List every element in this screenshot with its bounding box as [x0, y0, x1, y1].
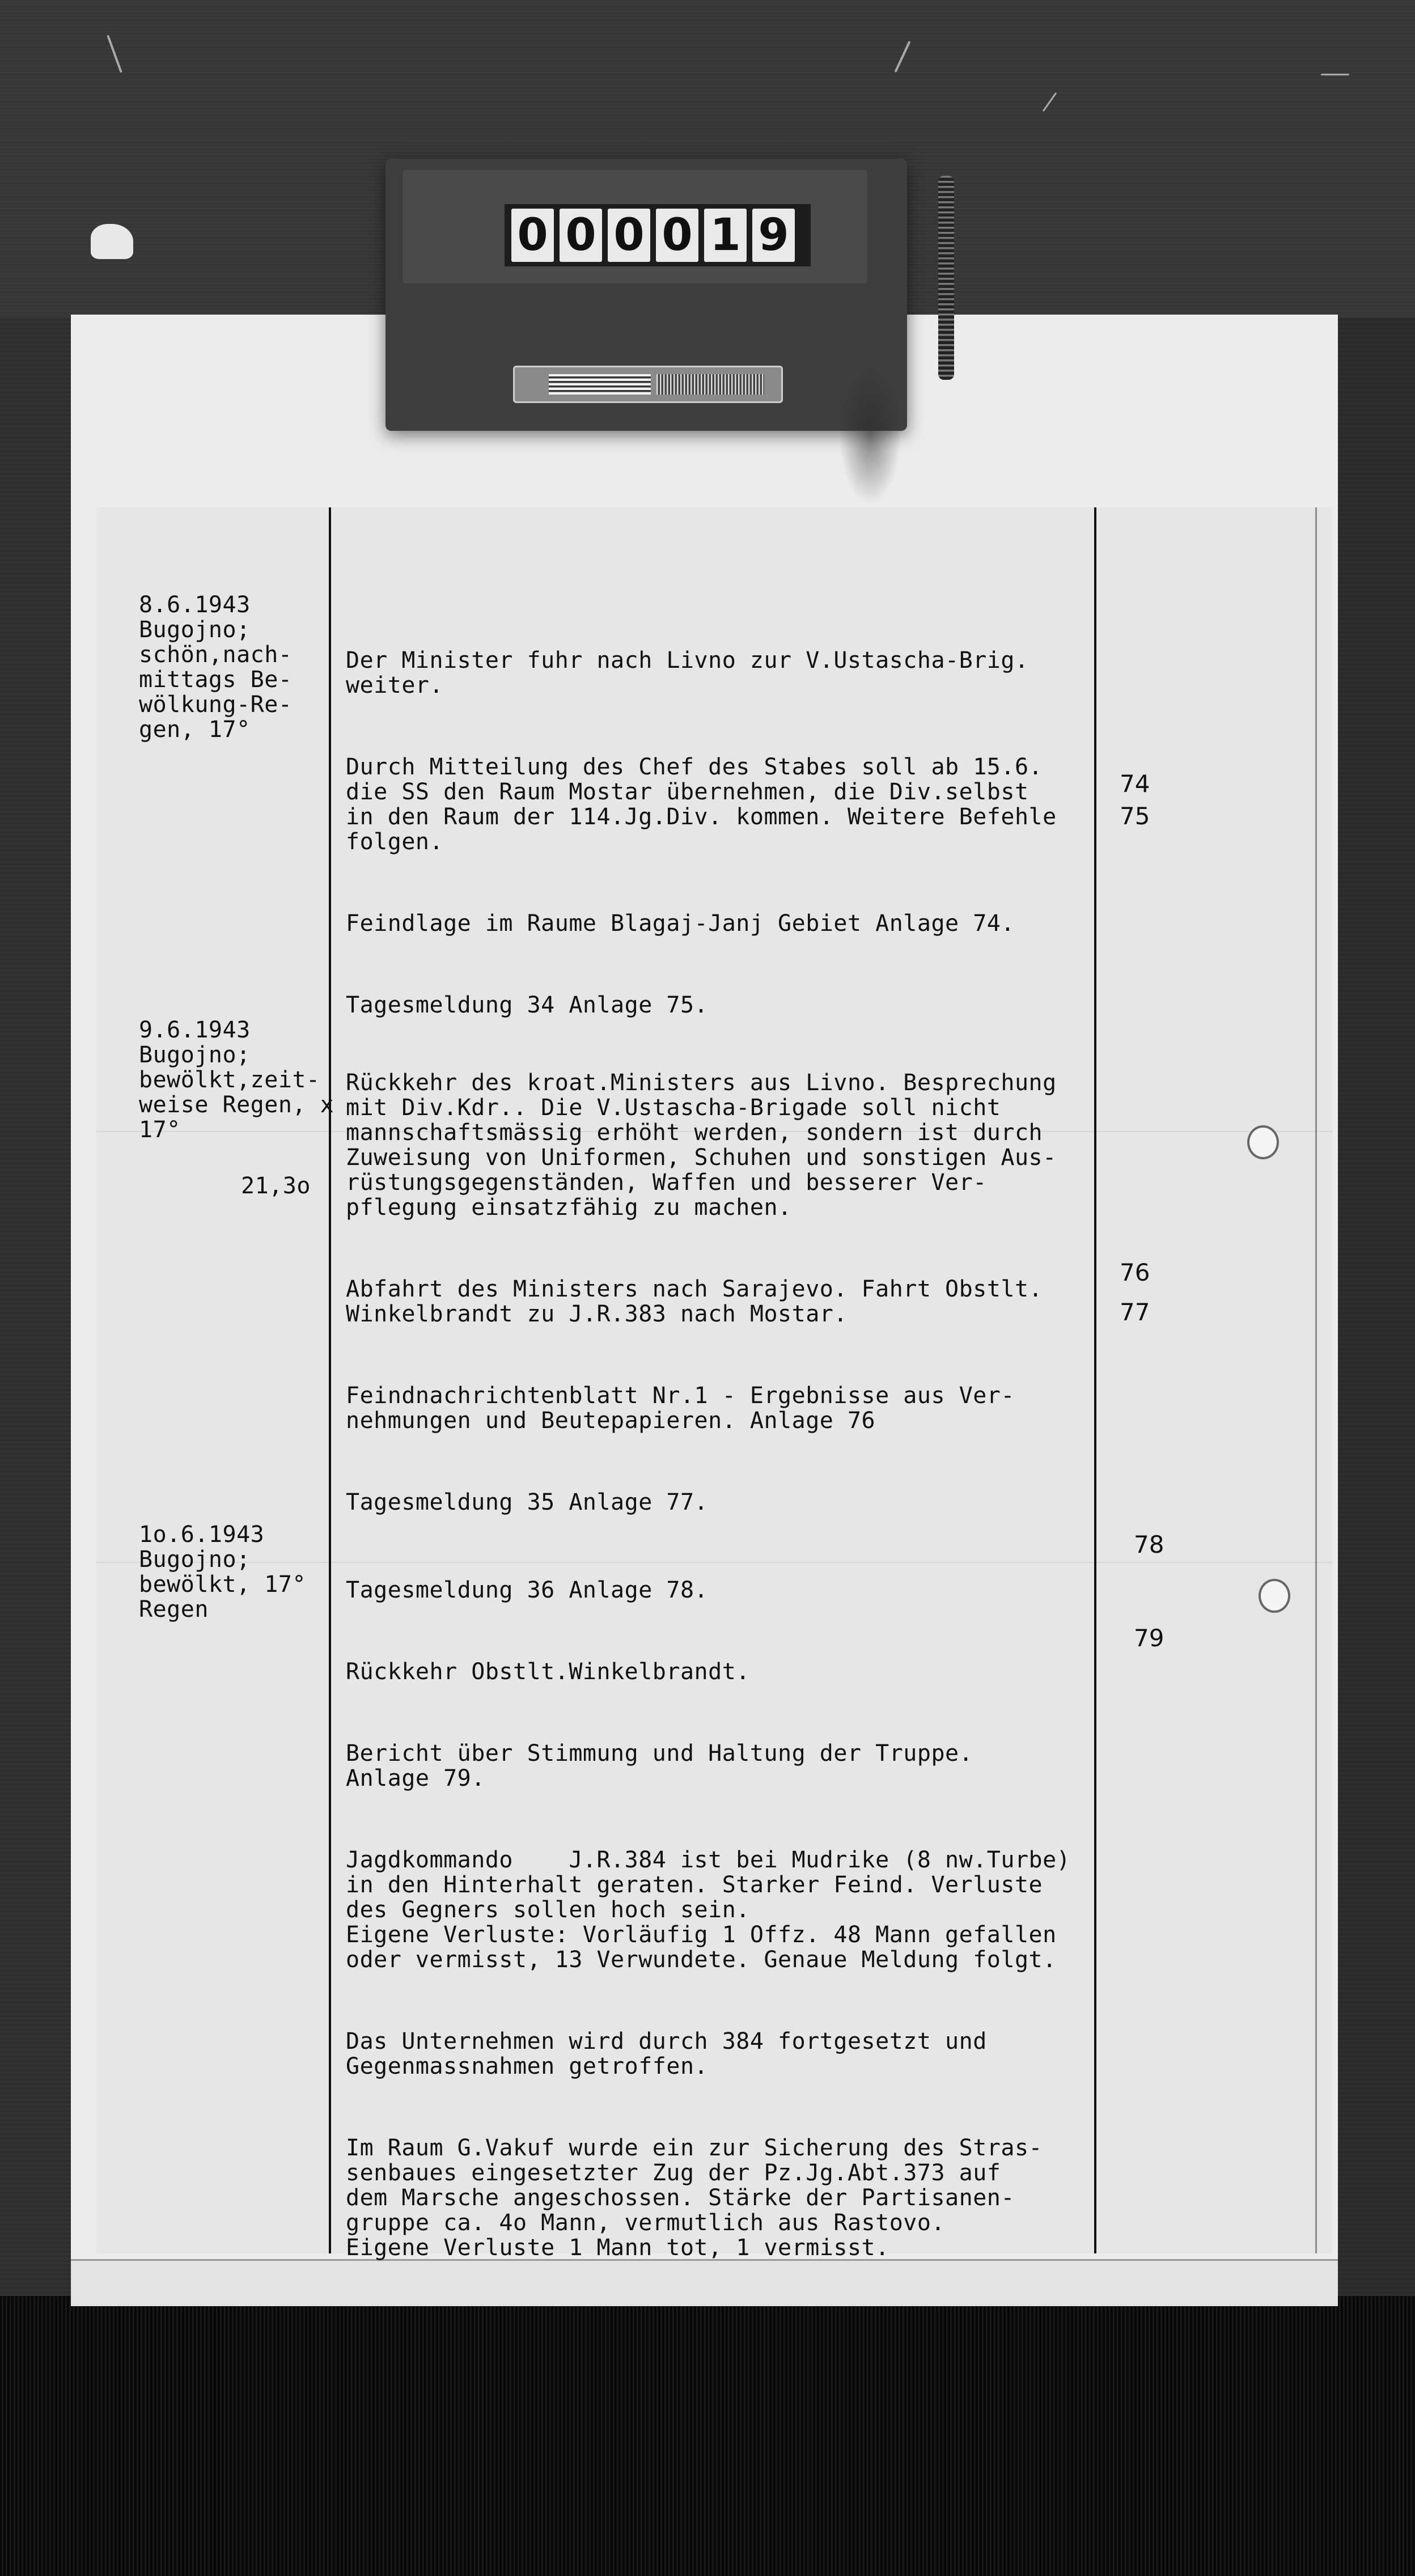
entry-date: 1o.6.1943	[139, 1522, 264, 1548]
entry-place-weather: Bugojno; schön,nach- mittags Be- wölkung…	[139, 617, 292, 743]
punch-hole	[1247, 1125, 1279, 1159]
counter-digit: 9	[752, 209, 795, 262]
counter-digit: 0	[656, 209, 698, 262]
column-rule-left	[329, 507, 331, 2253]
annex-number: 78	[1134, 1531, 1164, 1558]
annex-number: 76	[1120, 1259, 1150, 1286]
entry-paragraph: Das Unternehmen wird durch 384 fortgeset…	[346, 2029, 1070, 2079]
counter-digit: 0	[511, 209, 554, 262]
entry-paragraph: Bericht über Stimmung und Haltung der Tr…	[346, 1741, 1070, 1791]
smudge-artifact	[839, 363, 901, 505]
entry-paragraph: Tagesmeldung 34 Anlage 75.	[346, 993, 1057, 1018]
counter-thumbwheel	[938, 176, 954, 380]
entry-paragraph: Feindnachrichtenblatt Nr.1 - Ergebnisse …	[346, 1383, 1057, 1433]
column-rule-right	[1094, 507, 1096, 2253]
entry-time: 21,3o	[241, 1173, 311, 1198]
entry-paragraph: Tagesmeldung 35 Anlage 77.	[346, 1490, 1057, 1515]
entry-paragraph: Rückkehr des kroat.Ministers aus Livno. …	[346, 1070, 1057, 1220]
entry-paragraph: Rückkehr Obstlt.Winkelbrandt.	[346, 1659, 1070, 1684]
entry-paragraph: Im Raum G.Vakuf wurde ein zur Sicherung …	[346, 2136, 1070, 2260]
counter-display: 0 0 0 0 1 9	[505, 204, 811, 266]
page-edge-line	[1315, 507, 1317, 2253]
annex-number: 79	[1134, 1624, 1164, 1652]
scan-background-bottom	[0, 2296, 1415, 2576]
counter-digit: 0	[608, 209, 650, 262]
annex-number: 77	[1120, 1298, 1150, 1326]
nameplate-fine-print	[656, 374, 764, 395]
entry-date: 9.6.1943	[139, 1017, 251, 1043]
counter-digit: 1	[704, 209, 747, 262]
scan-background-left	[0, 317, 71, 2302]
entry-paragraph: Durch Mitteilung des Chef des Stabes sol…	[346, 755, 1057, 854]
scratch-mark	[1321, 74, 1349, 75]
white-blob-artifact	[91, 224, 133, 259]
entry-date-place-weather: 1o.6.1943 Bugojno; bewölkt, 17° Regen	[139, 1522, 306, 1622]
war-diary-page: 8.6.1943 Bugojno; schön,nach- mittags Be…	[96, 507, 1332, 2253]
counter-digit: 0	[560, 209, 602, 262]
entry-date: 8.6.1943	[139, 592, 251, 618]
entry-paragraph: Tagesmeldung 36 Anlage 78.	[346, 1578, 1070, 1603]
counter-nameplate	[513, 366, 783, 403]
entry-text: Der Minister fuhr nach Livno zur V.Ustas…	[346, 598, 1057, 1074]
nameplate-stripes	[549, 374, 651, 395]
scan-background-right	[1336, 317, 1415, 2302]
annex-number: 74	[1120, 770, 1150, 798]
entry-text: Rückkehr des kroat.Ministers aus Livno. …	[346, 1020, 1057, 1571]
entry-text: Tagesmeldung 36 Anlage 78. Rückkehr Obst…	[346, 1528, 1070, 2317]
counter-face: 0 0 0 0 1 9	[403, 170, 867, 283]
entry-place-weather: Bugojno; bewölkt,zeit- weise Regen, x 17…	[139, 1042, 334, 1143]
entry-paragraph: Feindlage im Raume Blagaj-Janj Gebiet An…	[346, 911, 1057, 936]
annex-number: 75	[1120, 802, 1150, 830]
punch-hole	[1259, 1579, 1290, 1613]
entry-place-weather: Bugojno; bewölkt, 17° Regen	[139, 1547, 306, 1622]
entry-date-place-weather: 9.6.1943 Bugojno; bewölkt,zeit- weise Re…	[139, 1018, 334, 1142]
entry-paragraph: Jagdkommando J.R.384 ist bei Mudrike (8 …	[346, 1848, 1070, 1972]
entry-date-place-weather: 8.6.1943 Bugojno; schön,nach- mittags Be…	[139, 592, 292, 742]
entry-paragraph: Der Minister fuhr nach Livno zur V.Ustas…	[346, 648, 1057, 698]
entry-paragraph: Abfahrt des Ministers nach Sarajevo. Fah…	[346, 1277, 1057, 1327]
